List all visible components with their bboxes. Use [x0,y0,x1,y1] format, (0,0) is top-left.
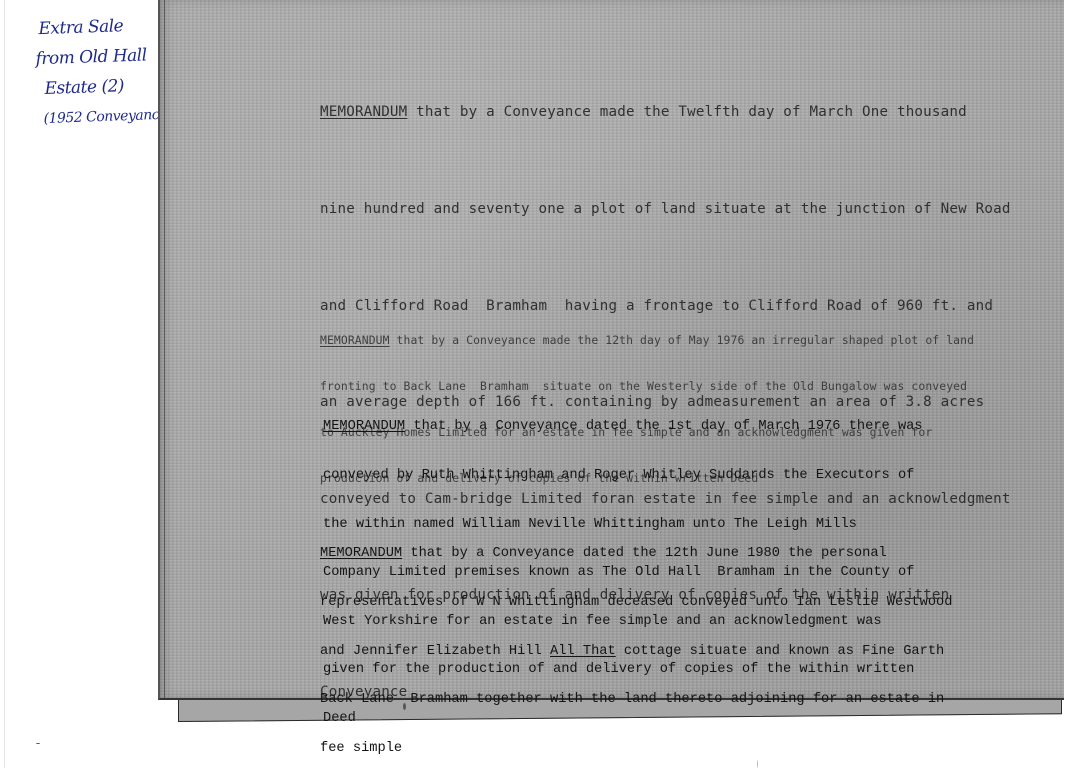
memo-line: MEMORANDUM that by a Conveyance dated th… [320,546,952,562]
memo-line: fee simple [320,741,952,757]
margin-note-line: Extra Sale [38,10,165,44]
memo-line: representatives of W N Whittingham decea… [320,595,952,611]
memo-line: nine hundred and seventy one a plot of l… [320,193,1011,225]
margin-note-line: from Old Hall [35,40,166,75]
memorandum-1980-conveyance: MEMORANDUM that by a Conveyance dated th… [320,514,952,768]
memo-line: conveyed by Ruth Whittingham and Roger W… [323,468,923,484]
memo-line: MEMORANDUM that by a Conveyance dated th… [323,419,923,435]
margin-note-line: Estate (2) [44,70,167,104]
margin-note-line: (1952 Conveyance) [43,100,168,134]
memorandum-heading: MEMORANDUM [320,104,407,120]
scan-speck [757,760,758,768]
memo-line: and Jennifer Elizabeth Hill All That cot… [320,644,952,660]
scan-margin-line [4,0,5,768]
handwritten-margin-note: Extra Sale from Old Hall Estate (2) (195… [34,10,168,134]
memorandum-heading: MEMORANDUM [320,546,402,561]
scan-speck [36,743,40,744]
memo-line: MEMORANDUM that by a Conveyance made the… [320,96,1011,128]
page-fold-line [164,0,165,698]
memo-line: Back Lane Bramham together with the land… [320,692,952,708]
memo-line: MEMORANDUM that by a Conveyance made the… [320,333,974,348]
memorandum-heading: MEMORANDUM [323,419,405,434]
scan-speck [403,703,406,710]
all-that-underlined: All That [550,644,616,659]
memorandum-heading: MEMORANDUM [320,333,390,347]
